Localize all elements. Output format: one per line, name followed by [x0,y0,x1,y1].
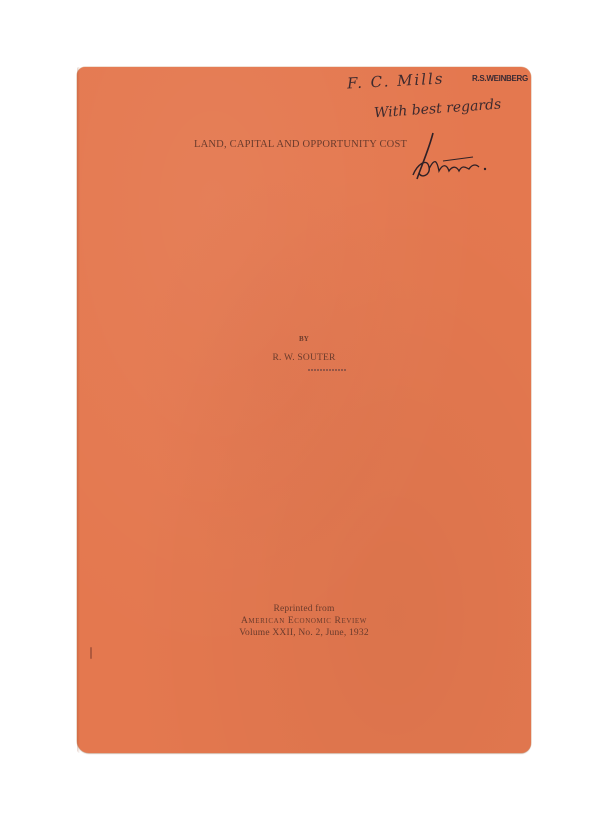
photo-stage: LAND, CAPITAL AND OPPORTUNITY COST F. C.… [0,0,616,827]
signature-mark [399,127,499,187]
reprint-line-1: Reprinted from [77,603,531,615]
inscription-recipient: F. C. Mills [347,69,445,92]
reprint-journal: American Economic Review [77,615,531,627]
cover-author: R. W. SOUTER [77,353,531,363]
inscription-message: With best regards [374,97,502,122]
owner-stamp: R.S.WEINBERG [472,74,528,83]
edge-wear-mark [90,647,92,659]
pamphlet-cover: LAND, CAPITAL AND OPPORTUNITY COST F. C.… [77,67,531,753]
cover-title: LAND, CAPITAL AND OPPORTUNITY COST [194,139,407,150]
cover-by: BY [77,335,531,343]
author-affiliation-line [308,369,346,371]
reprint-volume: Volume XXII, No. 2, June, 1932 [77,627,531,639]
